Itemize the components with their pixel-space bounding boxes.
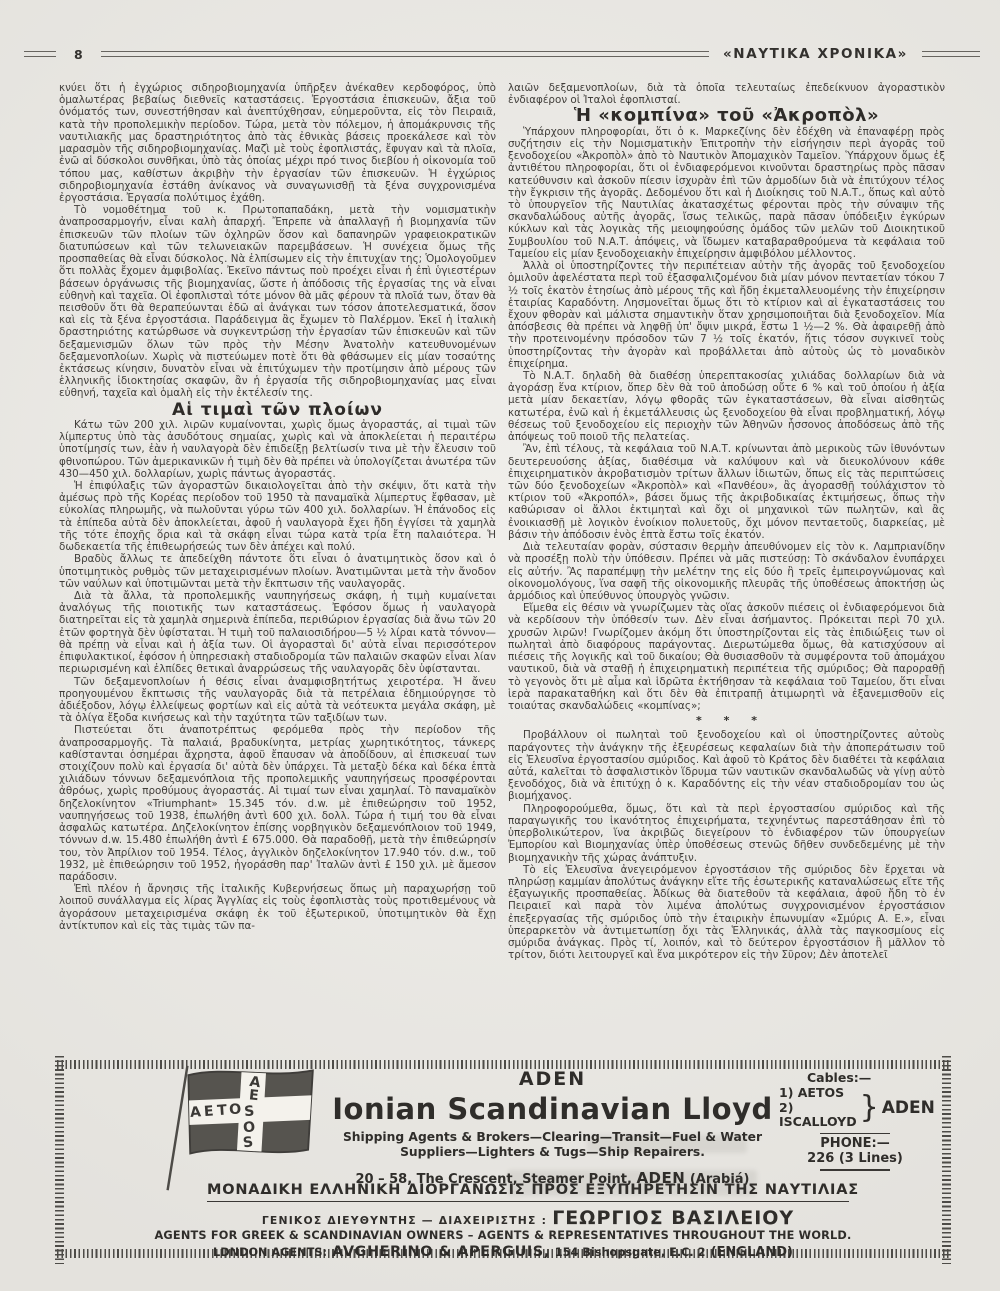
london-agents-label: LDNDON AGENTS: <box>213 1246 327 1259</box>
right-column: λαιῶν δεξαμενοπλοίων, διὰ τὰ ὁποῖα τελευ… <box>508 82 945 1064</box>
ad-location-heading: ADEN <box>325 1068 780 1090</box>
paragraph: Πληροφορούμεθα, ὅμως, ὅτι καὶ τὰ περὶ ἐρ… <box>508 803 945 864</box>
cable-address-1: 1) AETOS <box>779 1086 857 1101</box>
ad-services-line1: Shipping Agents & Brokers—Clearing—Trans… <box>325 1130 780 1145</box>
svg-text:E: E <box>248 1087 259 1104</box>
ad-border-right <box>942 1056 951 1264</box>
brace-glyph: } <box>860 1094 879 1122</box>
article-columns: κνύει ὅτι ἡ ἐγχώριος σιδηροβιομηχανία ὑπ… <box>59 82 945 1064</box>
cable-address-2: 2) ISCALLOYD <box>779 1101 857 1130</box>
svg-text:E: E <box>203 1103 214 1120</box>
page-header: 8 «ΝΑΥΤΙΚΑ ΧΡΟΝΙΚΑ» <box>24 46 980 62</box>
phone-number: 226 (3 Lines) <box>779 1151 931 1166</box>
paragraph: κνύει ὅτι ἡ ἐγχώριος σιδηροβιομηχανία ὑπ… <box>59 82 496 204</box>
header-rule-left <box>24 51 56 58</box>
phone-label: PHONE:— <box>779 1136 931 1151</box>
ad-border-left <box>55 1056 64 1264</box>
paragraph: Τῶν δεξαμενοπλοίων ἡ θέσις εἶναι ἀναμφισ… <box>59 676 496 725</box>
ad-contact-block: Cables:— 1) AETOS 2) ISCALLOYD } ADEN PH… <box>779 1070 931 1173</box>
cables-list: 1) AETOS 2) ISCALLOYD } ADEN <box>779 1086 931 1130</box>
svg-text:A: A <box>190 1104 202 1121</box>
london-agents-address: 154 Bishopsgate, E.C. 2 <box>555 1246 706 1259</box>
aetos-flag-logo: A E T O S A E O S <box>75 1062 330 1194</box>
ad-services: Shipping Agents & Brokers—Clearing—Trans… <box>325 1130 780 1160</box>
section-heading-ship-prices: Αἱ τιμαὶ τῶν πλοίων <box>59 404 496 416</box>
masthead-title: «ΝΑΥΤΙΚΑ ΧΡΟΝΙΚΑ» <box>719 46 912 62</box>
header-rule-middle <box>101 51 709 58</box>
paragraph: Εἴμεθα εἰς θέσιν νὰ γνωρίζωμεν τὰς οἵας … <box>508 602 945 712</box>
paragraph: Κάτω τῶν 200 χιλ. λιρῶν κυμαίνονται, χωρ… <box>59 419 496 480</box>
advertisement-ionian-scandinavian-lloyd: A E T O S A E O S ADEN Ionian Scandinavi… <box>57 1060 949 1258</box>
london-agents-name: AVGHERINO & APERGUIS, <box>332 1244 550 1260</box>
header-rule-right <box>922 51 980 58</box>
paragraph: Διὰ τὰ ἄλλα, τὰ προπολεμικῆς ναυπηγήσεως… <box>59 590 496 676</box>
divider-rule <box>820 1133 890 1135</box>
cables-label: Cables:— <box>779 1070 931 1085</box>
ad-greek-tagline: ΜΟΝΑΔΙΚΗ ΕΛΛΗΝΙΚΗ ΔΙΟΡΓΑΝΩΣΙΣ ΠΡΟΣ ΕΞΥΠΗ… <box>207 1182 849 1202</box>
paragraph: Πιστεύεται ὅτι ἀναποτρέπτως φερόμεθα πρὸ… <box>59 724 496 883</box>
paragraph: Τὸ νομοθέτημα τοῦ κ. Πρωτοπαπαδάκη, μετὰ… <box>59 204 496 400</box>
london-agents-country: (ENGLAND) <box>711 1245 793 1260</box>
section-heading-akropol: Ἡ «κομπίνα» τοῦ «Ἀκροπὸλ» <box>508 110 945 122</box>
page-number: 8 <box>66 47 91 62</box>
svg-text:T: T <box>217 1102 228 1119</box>
paragraph: Ἂν, ἐπὶ τέλους, τὰ κεφάλαια τοῦ Ν.Α.Τ. κ… <box>508 443 945 541</box>
paragraph: Ὑπάρχουν πληροφορίαι, ὅτι ὁ κ. Μαρκεζίνη… <box>508 126 945 260</box>
paragraph: Τὸ εἰς Ἐλευσῖνα ἀνεγειρόμενον ἐργοστάσιο… <box>508 864 945 962</box>
director-label: ΓΕΝΙΚΟΣ ΔΙΕΥΘΥΝΤΗΣ — ΔΙΑΧΕΙΡΙΣΤΗΣ : <box>262 1214 547 1227</box>
paragraph: λαιῶν δεξαμενοπλοίων, διὰ τὰ ὁποῖα τελευ… <box>508 82 945 106</box>
paragraph: Βραδὺς ἄλλως τε ἀπεδείχθη πάντοτε ὅτι εἶ… <box>59 553 496 590</box>
magazine-page: 8 «ΝΑΥΤΙΚΑ ΧΡΟΝΙΚΑ» κνύει ὅτι ἡ ἐγχώριος… <box>0 0 1000 1291</box>
divider-rule <box>820 1169 890 1171</box>
paragraph: Ἡ ἐπιφύλαξις τῶν ἀγοραστῶν δικαιολογεῖτα… <box>59 480 496 553</box>
left-column: κνύει ὅτι ἡ ἐγχώριος σιδηροβιομηχανία ὑπ… <box>59 82 496 1064</box>
paragraph: Ἐπὶ πλέον ἡ ἄρνησις τῆς ἰταλικῆς Κυβερνή… <box>59 883 496 932</box>
ad-main-block: ADEN Ionian Scandinavian Lloyd Shipping … <box>325 1068 780 1187</box>
ad-director-line: ΓΕΝΙΚΟΣ ΔΙΕΥΘΥΝΤΗΣ — ΔΙΑΧΕΙΡΙΣΤΗΣ : ΓΕΩΡ… <box>207 1207 849 1229</box>
paragraph: Διὰ τελευταίαν φορὰν, σύστασιν θερμὴν ἀπ… <box>508 541 945 602</box>
paragraph: Ἀλλὰ οἱ ὑποστηρίζοντες τὴν περιπέτειαν α… <box>508 260 945 370</box>
ad-london-agents-line: LDNDON AGENTS: AVGHERINO & APERGUIS, 154… <box>77 1241 929 1260</box>
ad-company-name: Ionian Scandinavian Lloyd <box>325 1092 780 1126</box>
cables-city: ADEN <box>882 1098 935 1118</box>
svg-text:S: S <box>244 1103 255 1120</box>
ad-services-line2: Suppliers—Lighters & Tugs—Ship Repairers… <box>325 1145 780 1160</box>
section-separator: * * * <box>508 715 945 727</box>
paragraph: Τὸ Ν.Α.Τ. δηλαδὴ θὰ διαθέσῃ ὑπερεπτακοσί… <box>508 370 945 443</box>
director-name: ΓΕΩΡΓΙΟΣ ΒΑΣΙΛΕΙΟΥ <box>552 1207 794 1229</box>
paragraph: Προβάλλουν οἱ πωληταὶ τοῦ ξενοδοχείου κα… <box>508 729 945 802</box>
svg-text:O: O <box>229 1101 242 1118</box>
